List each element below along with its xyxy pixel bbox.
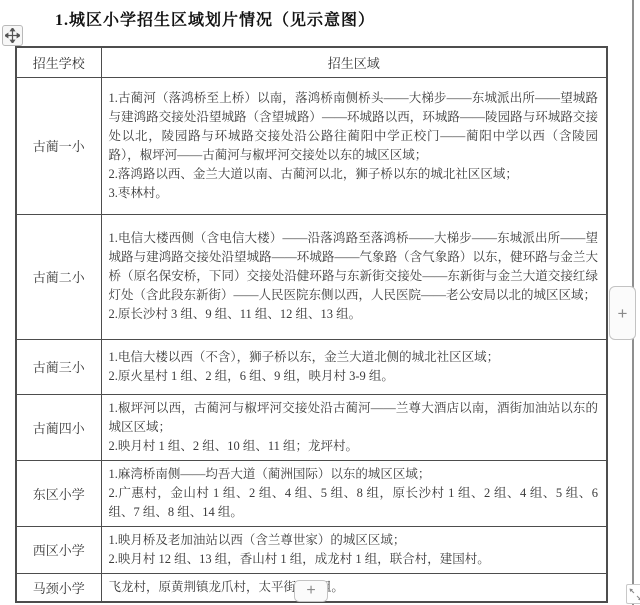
resize-diagonal-icon	[629, 588, 640, 601]
school-name-cell: 古蔺三小	[16, 339, 101, 394]
school-name-cell: 古蔺二小	[16, 214, 101, 339]
region-cell: 1.电信大楼以西（不含），狮子桥以东，金兰大道北侧的城北社区区域；2.原火星村 …	[101, 339, 607, 394]
region-line: 1.电信大楼以西（不含），狮子桥以东，金兰大道北侧的城北社区区域；	[109, 348, 599, 367]
table-row: 古蔺一小1.古蔺河（落鸿桥至上桥）以南，落鸿桥南侧桥头——大梯步——东城派出所—…	[16, 77, 607, 214]
move-icon	[5, 28, 20, 43]
region-line: 1.古蔺河（落鸿桥至上桥）以南，落鸿桥南侧桥头——大梯步——东城派出所——望城路…	[109, 89, 599, 165]
region-line: 飞龙村，原黄荆镇龙爪村，太平街 5-8 组。	[109, 578, 599, 597]
region-line: 3.枣林村。	[109, 184, 599, 203]
col-header-school: 招生学校	[16, 47, 101, 77]
region-cell: 1.古蔺河（落鸿桥至上桥）以南，落鸿桥南侧桥头——大梯步——东城派出所——望城路…	[101, 77, 607, 214]
region-line: 1.电信大楼西侧（含电信大楼）——沿落鸿路至落鸿桥——大梯步——东城派出所——望…	[109, 229, 599, 305]
region-line: 1.椒坪河以西，古蔺河与椒坪河交接处沿古蔺河——兰尊大酒店以南，酒街加油站以东的…	[109, 399, 599, 437]
school-name-cell: 古蔺四小	[16, 394, 101, 460]
region-line: 2.原长沙村 3 组、9 组、11 组、12 组、13 组。	[109, 305, 599, 324]
region-cell: 1.电信大楼西侧（含电信大楼）——沿落鸿路至落鸿桥——大梯步——东城派出所——望…	[101, 214, 607, 339]
table-row: 古蔺三小1.电信大楼以西（不含），狮子桥以东，金兰大道北侧的城北社区区域；2.原…	[16, 339, 607, 394]
table-row: 西区小学1.映月桥及老加油站以西（含兰尊世家）的城区区域；2.映月村 12 组、…	[16, 526, 607, 573]
region-line: 1.映月桥及老加油站以西（含兰尊世家）的城区区域；	[109, 531, 599, 550]
school-name-cell: 西区小学	[16, 526, 101, 573]
table-resize-handle[interactable]	[626, 584, 640, 604]
col-header-region: 招生区域	[101, 47, 607, 77]
region-line: 2.映月村 1 组、2 组、10 组、11 组；龙坪村。	[109, 437, 599, 456]
document-canvas: 1.城区小学招生区域划片情况（见示意图） 招生学校 招生区域	[0, 0, 640, 605]
table-row: 古蔺二小1.电信大楼西侧（含电信大楼）——沿落鸿路至落鸿桥——大梯步——东城派出…	[16, 214, 607, 339]
region-line: 2.映月村 12 组、13 组，香山村 1 组，成龙村 1 组，联合村，建国村。	[109, 550, 599, 569]
add-row-button[interactable]: +	[294, 580, 328, 602]
region-cell: 1.椒坪河以西，古蔺河与椒坪河交接处沿古蔺河——兰尊大酒店以南，酒街加油站以东的…	[101, 394, 607, 460]
add-column-button[interactable]: +	[609, 286, 636, 340]
region-cell: 飞龙村，原黄荆镇龙爪村，太平街 5-8 组。	[101, 573, 607, 602]
page-title: 1.城区小学招生区域划片情况（见示意图）	[55, 7, 375, 30]
table-row: 古蔺四小1.椒坪河以西，古蔺河与椒坪河交接处沿古蔺河——兰尊大酒店以南，酒街加油…	[16, 394, 607, 460]
region-line: 1.麻湾桥南侧——均吾大道（蔺洲国际）以东的城区区域；	[109, 465, 599, 484]
table-move-handle[interactable]	[2, 25, 23, 46]
school-name-cell: 马颈小学	[16, 573, 101, 602]
region-line: 2.落鸿路以西、金兰大道以南、古蔺河以北，狮子桥以东的城北社区区域；	[109, 165, 599, 184]
school-name-cell: 东区小学	[16, 460, 101, 526]
enrollment-table: 招生学校 招生区域 古蔺一小1.古蔺河（落鸿桥至上桥）以南，落鸿桥南侧桥头——大…	[15, 46, 608, 603]
table-row: 东区小学1.麻湾桥南侧——均吾大道（蔺洲国际）以东的城区区域；2.广惠村，金山村…	[16, 460, 607, 526]
region-line: 2.原火星村 1 组、2 组，6 组、9 组，映月村 3-9 组。	[109, 367, 599, 386]
region-cell: 1.映月桥及老加油站以西（含兰尊世家）的城区区域；2.映月村 12 组、13 组…	[101, 526, 607, 573]
region-cell: 1.麻湾桥南侧——均吾大道（蔺洲国际）以东的城区区域；2.广惠村，金山村 1 组…	[101, 460, 607, 526]
header-row: 招生学校 招生区域	[16, 47, 607, 77]
school-name-cell: 古蔺一小	[16, 77, 101, 214]
region-line: 2.广惠村，金山村 1 组、2 组、4 组、5 组、8 组，原长沙村 1 组、2…	[109, 484, 599, 522]
